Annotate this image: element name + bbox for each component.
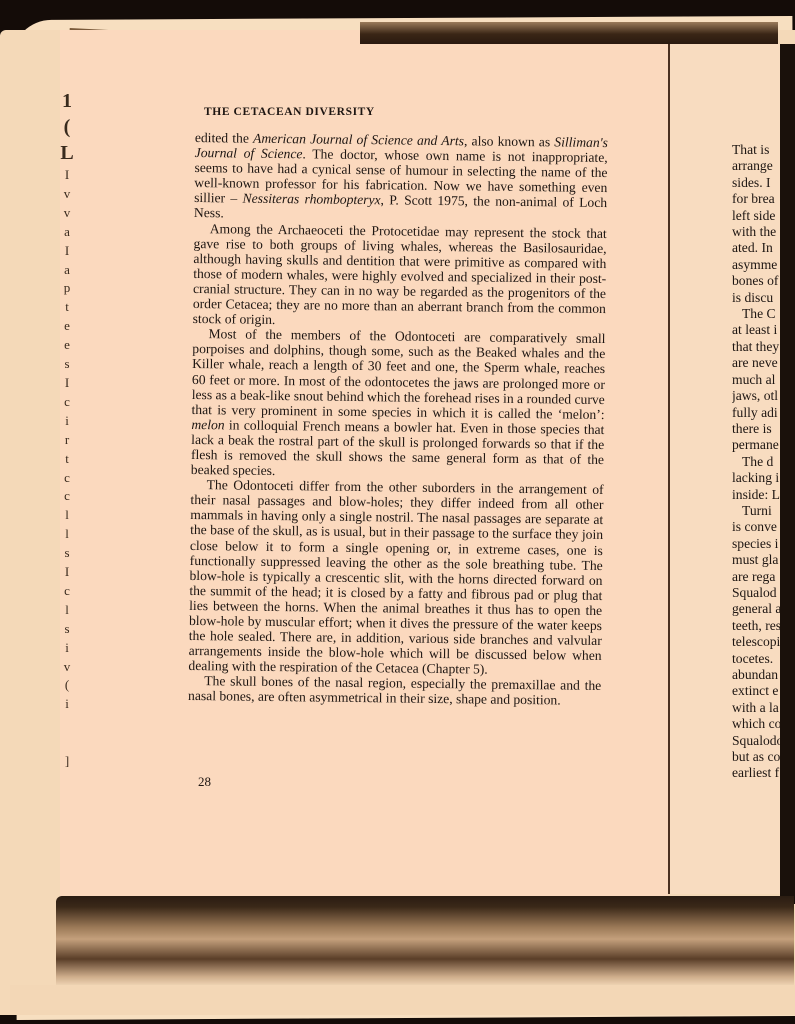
paragraph: The Odontoceti differ from the other sub…: [188, 477, 603, 678]
left-page-glyph: s: [60, 620, 74, 639]
left-page-glyph: l: [60, 506, 74, 525]
left-page-glyph: i: [60, 639, 74, 658]
running-header: THE CETACEAN DIVERSITY: [204, 106, 375, 118]
left-page-glyph: l: [60, 601, 74, 620]
facing-page-line: is discu: [732, 290, 780, 306]
paragraph: Most of the members of the Odontoceti ar…: [191, 326, 606, 482]
facing-page-line: which co: [732, 716, 780, 732]
facing-page-line: The d: [732, 454, 780, 470]
facing-page-line: The C: [732, 306, 780, 322]
left-page-glyph: a: [60, 261, 74, 280]
left-page-glyph: I: [60, 563, 74, 582]
left-page-glyph: v: [60, 185, 74, 204]
facing-page-line: jaws, otl: [732, 388, 780, 404]
facing-page-line: Squalod: [732, 585, 780, 601]
facing-page-text: That isarrangesides. Ifor brealeft sidew…: [732, 142, 780, 782]
facing-page-line: species i: [732, 536, 780, 552]
facing-page-line: lacking i: [732, 470, 780, 486]
facing-page-line: with a la: [732, 700, 780, 716]
left-page-glyph: v: [60, 658, 74, 677]
facing-page-line: teeth, res: [732, 618, 780, 634]
facing-page-line: is conve: [732, 519, 780, 535]
paragraph: The skull bones of the nasal region, esp…: [188, 673, 601, 708]
left-page-glyph: s: [60, 544, 74, 563]
facing-page-line: that they: [732, 339, 780, 355]
facing-page-line: ated. In: [732, 240, 780, 256]
left-page-glyph: I: [60, 374, 74, 393]
left-page-glyph: c: [60, 582, 74, 601]
paragraph: Among the Archaeoceti the Protocetidae m…: [193, 221, 607, 332]
facing-page-line: Squalodo: [732, 733, 780, 749]
facing-page-line: there is: [732, 421, 780, 437]
facing-page-line: inside: L: [732, 487, 780, 503]
facing-page-line: permane: [732, 437, 780, 453]
background-edge: [780, 44, 795, 904]
left-page-fragments: 1(LIvvaIapteesIcirtccllsIclsiv(i ]: [60, 88, 74, 771]
facing-page-line: at least i: [732, 322, 780, 338]
left-page-glyph: p: [60, 279, 74, 298]
left-page-glyph: c: [60, 487, 74, 506]
facing-page-line: sides. I: [732, 175, 780, 191]
facing-page-line: must gla: [732, 552, 780, 568]
facing-page-line: are rega: [732, 569, 780, 585]
facing-page-line: bones of: [732, 273, 780, 289]
facing-page-line: That is: [732, 142, 780, 158]
left-page-glyph: L: [60, 140, 74, 166]
left-page-glyph: e: [60, 317, 74, 336]
page-number: 28: [198, 774, 211, 790]
left-page-glyph: i: [60, 412, 74, 431]
left-page-glyph: (: [60, 114, 74, 140]
facing-page-line: are neve: [732, 355, 780, 371]
left-page-glyph: s: [60, 355, 74, 374]
left-page-glyph: ]: [60, 752, 74, 771]
left-page-glyph: [60, 733, 74, 752]
left-page-glyph: t: [60, 450, 74, 469]
facing-page-line: but as col: [732, 749, 780, 765]
left-page-glyph: I: [60, 166, 74, 185]
facing-page-line: asymme: [732, 257, 780, 273]
facing-page-line: arrange: [732, 158, 780, 174]
facing-page-line: telescopi: [732, 634, 780, 650]
facing-page-line: Turni: [732, 503, 780, 519]
facing-page-line: much al: [732, 372, 780, 388]
left-page-glyph: I: [60, 242, 74, 261]
facing-page-line: for brea: [732, 191, 780, 207]
facing-page-line: with the: [732, 224, 780, 240]
facing-page-line: fully adi: [732, 405, 780, 421]
left-page-glyph: l: [60, 525, 74, 544]
left-page-glyph: a: [60, 223, 74, 242]
left-page-glyph: (: [60, 676, 74, 695]
underlying-page-bottom: [10, 985, 795, 1015]
left-page-glyph: e: [60, 336, 74, 355]
facing-page-line: general a: [732, 601, 780, 617]
left-page-glyph: 1: [60, 88, 74, 114]
left-page-glyph: c: [60, 469, 74, 488]
facing-page-line: extinct e: [732, 683, 780, 699]
facing-page-line: earliest f: [732, 765, 780, 781]
left-page-glyph: [60, 714, 74, 733]
left-page-glyph: t: [60, 298, 74, 317]
facing-page-line: tocetes.: [732, 651, 780, 667]
gutter-shadow-top: [360, 22, 778, 44]
facing-page-line: left side: [732, 208, 780, 224]
left-page-glyph: r: [60, 431, 74, 450]
body-text: edited the American Journal of Science a…: [188, 130, 608, 709]
gutter-shadow-bottom: [56, 896, 794, 986]
paragraph: edited the American Journal of Science a…: [194, 130, 608, 226]
left-page-glyph: c: [60, 393, 74, 412]
left-page-glyph: i: [60, 695, 74, 714]
facing-page-line: abundan: [732, 667, 780, 683]
left-page-glyph: v: [60, 204, 74, 223]
